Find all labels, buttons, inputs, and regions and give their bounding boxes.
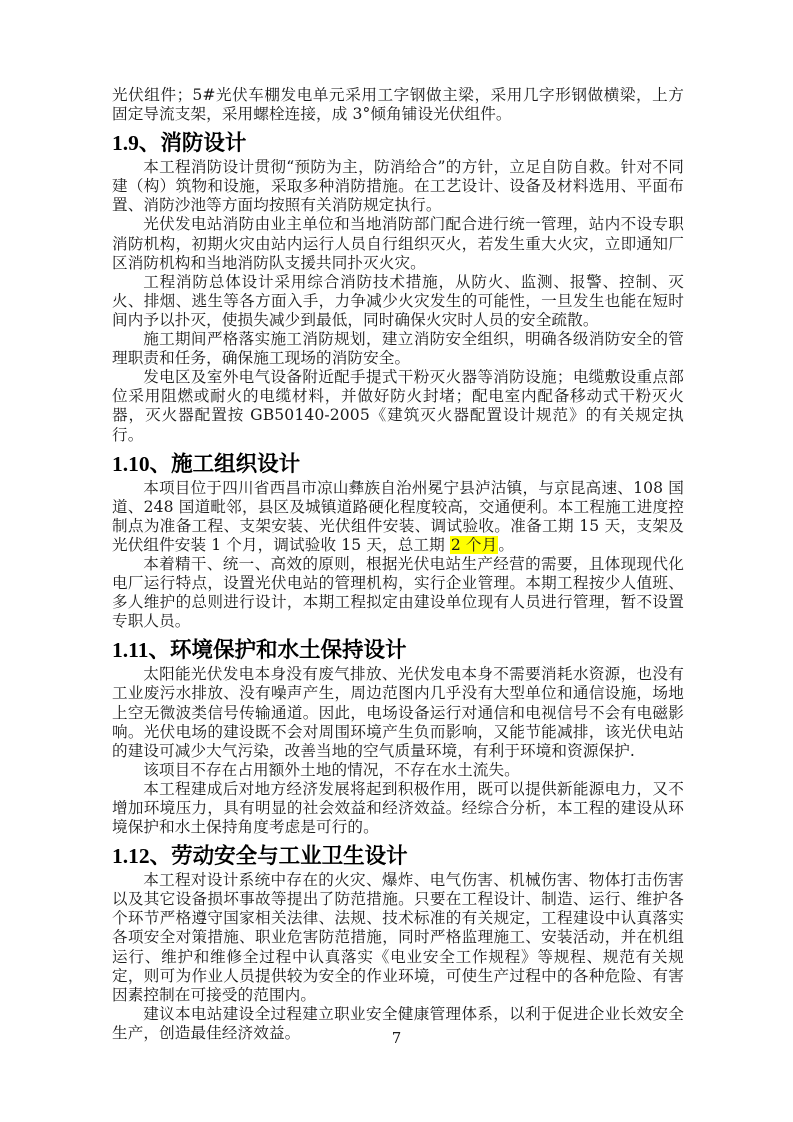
schedule-text-post: 。 bbox=[498, 536, 514, 554]
paragraph-fire-measures: 工程消防总体设计采用综合消防技术措施，从防火、监测、报警、控制、灭火、排烟、逃生… bbox=[112, 273, 684, 330]
paragraph-economic-benefit: 本工程建成后对地方经济发展将起到积极作用，既可以提供新能源电力，又不增加环境压力… bbox=[112, 780, 684, 837]
paragraph-fire-policy: 本工程消防设计贯彻“预防为主，防消给合”的方针，立足自防自救。针对不同建（构）筑… bbox=[112, 158, 684, 215]
paragraph-land-use: 该项目不存在占用额外土地的情况，不存在水土流失。 bbox=[112, 761, 684, 780]
document-content: 光伏组件；5#光伏车棚发电单元采用工字钢做主梁，采用几字形钢做横梁，上方固定导流… bbox=[112, 86, 684, 1043]
highlighted-total-duration: 2 个月 bbox=[450, 536, 498, 554]
paragraph-construction-schedule: 本项目位于四川省西昌市凉山彝族自治州冕宁县泸沽镇，与京昆高速、108 国道、24… bbox=[112, 479, 684, 555]
paragraph-environment-impact: 太阳能光伏发电本身没有废气排放、光伏发电本身不需要消耗水资源，也没有工业废污水排… bbox=[112, 665, 684, 760]
page-number: 7 bbox=[0, 1028, 793, 1048]
document-page: 光伏组件；5#光伏车棚发电单元采用工字钢做主梁，采用几字形钢做横梁，上方固定导流… bbox=[0, 0, 793, 1122]
section-heading-1-9: 1.9、消防设计 bbox=[112, 130, 684, 156]
paragraph-construction-fire-safety: 施工期间严格落实施工消防规划，建立消防安全组织，明确各级消防安全的管理职责和任务… bbox=[112, 330, 684, 368]
paragraph-fire-management: 光伏发电站消防由业主单位和当地消防部门配合进行统一管理，站内不设专职消防机构，初… bbox=[112, 215, 684, 272]
section-heading-1-10: 1.10、施工组织设计 bbox=[112, 451, 684, 477]
section-heading-1-11: 1.11、环境保护和水土保持设计 bbox=[112, 637, 684, 663]
section-heading-1-12: 1.12、劳动安全与工业卫生设计 bbox=[112, 843, 684, 869]
paragraph-safety-measures: 本工程对设计系统中存在的火灾、爆炸、电气伤害、机械伤害、物体打击伤害以及其它设备… bbox=[112, 871, 684, 1005]
schedule-text-pre: 本项目位于四川省西昌市凉山彝族自治州冕宁县泸沽镇，与京昆高速、108 国道、24… bbox=[112, 479, 684, 554]
paragraph-extinguisher-config: 发电区及室外电气设备附近配手提式干粉灭火器等消防设施；电缆敷设重点部位采用阻燃或… bbox=[112, 368, 684, 444]
paragraph-continuation: 光伏组件；5#光伏车棚发电单元采用工字钢做主梁，采用几字形钢做横梁，上方固定导流… bbox=[112, 86, 684, 124]
paragraph-management-organization: 本着精干、统一、高效的原则，根据光伏电站生产经营的需要，且体现现代化电厂运行特点… bbox=[112, 555, 684, 631]
